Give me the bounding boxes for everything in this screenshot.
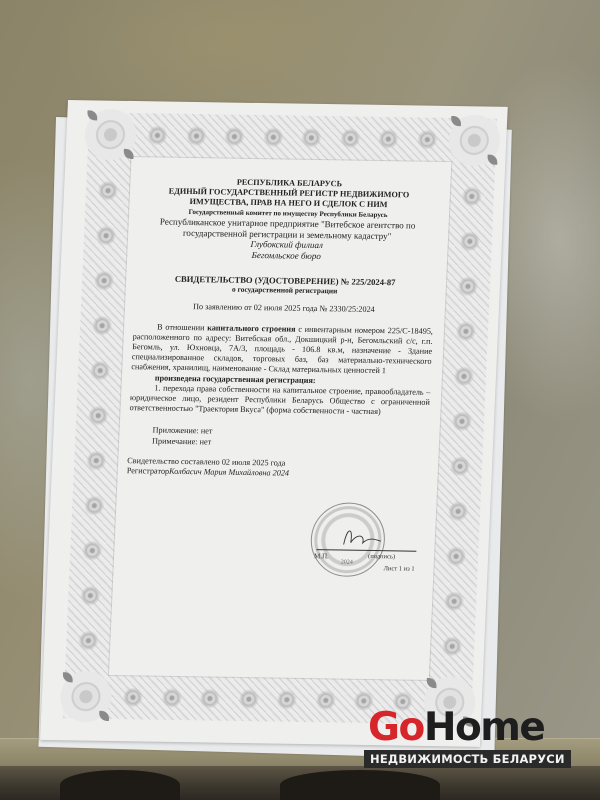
intro-object-type: капитального строения — [207, 323, 296, 333]
signature-label: (подпись) — [368, 553, 395, 560]
certificate-sheet: РЕСПУБЛИКА БЕЛАРУСЬ ЕДИНЫЙ ГОСУДАРСТВЕНН… — [40, 100, 508, 747]
certificate-text: РЕСПУБЛИКА БЕЛАРУСЬ ЕДИНЫЙ ГОСУДАРСТВЕНН… — [127, 176, 440, 481]
seal-label: М.П. — [314, 552, 329, 560]
logo-home: Home — [424, 705, 545, 750]
sheet-number: Лист 1 из 1 — [383, 565, 414, 572]
registration-item-1: 1. перехода права собственности на капит… — [129, 383, 430, 418]
gohome-watermark-logo: GoHome НЕДВИЖИМОСТЬ БЕЛАРУСИ — [368, 708, 571, 768]
intro-prefix: В отношении — [157, 322, 208, 332]
registrar-name: Колбасич Мария Михайловна 2024 — [169, 467, 289, 478]
logo-wordmark: GoHome — [368, 708, 571, 748]
ledge-shadow — [0, 766, 600, 800]
signature-scribble — [338, 525, 384, 551]
shadow — [60, 770, 180, 800]
logo-tagline: НЕДВИЖИМОСТЬ БЕЛАРУСИ — [364, 750, 571, 768]
logo-go: Go — [368, 705, 424, 750]
object-description: В отношении капитального строения с инве… — [131, 322, 433, 378]
registrar-label: Регистратор — [127, 466, 170, 476]
shadow — [280, 770, 440, 800]
application-reference: По заявлению от 02 июля 2025 года № 2330… — [134, 302, 434, 317]
